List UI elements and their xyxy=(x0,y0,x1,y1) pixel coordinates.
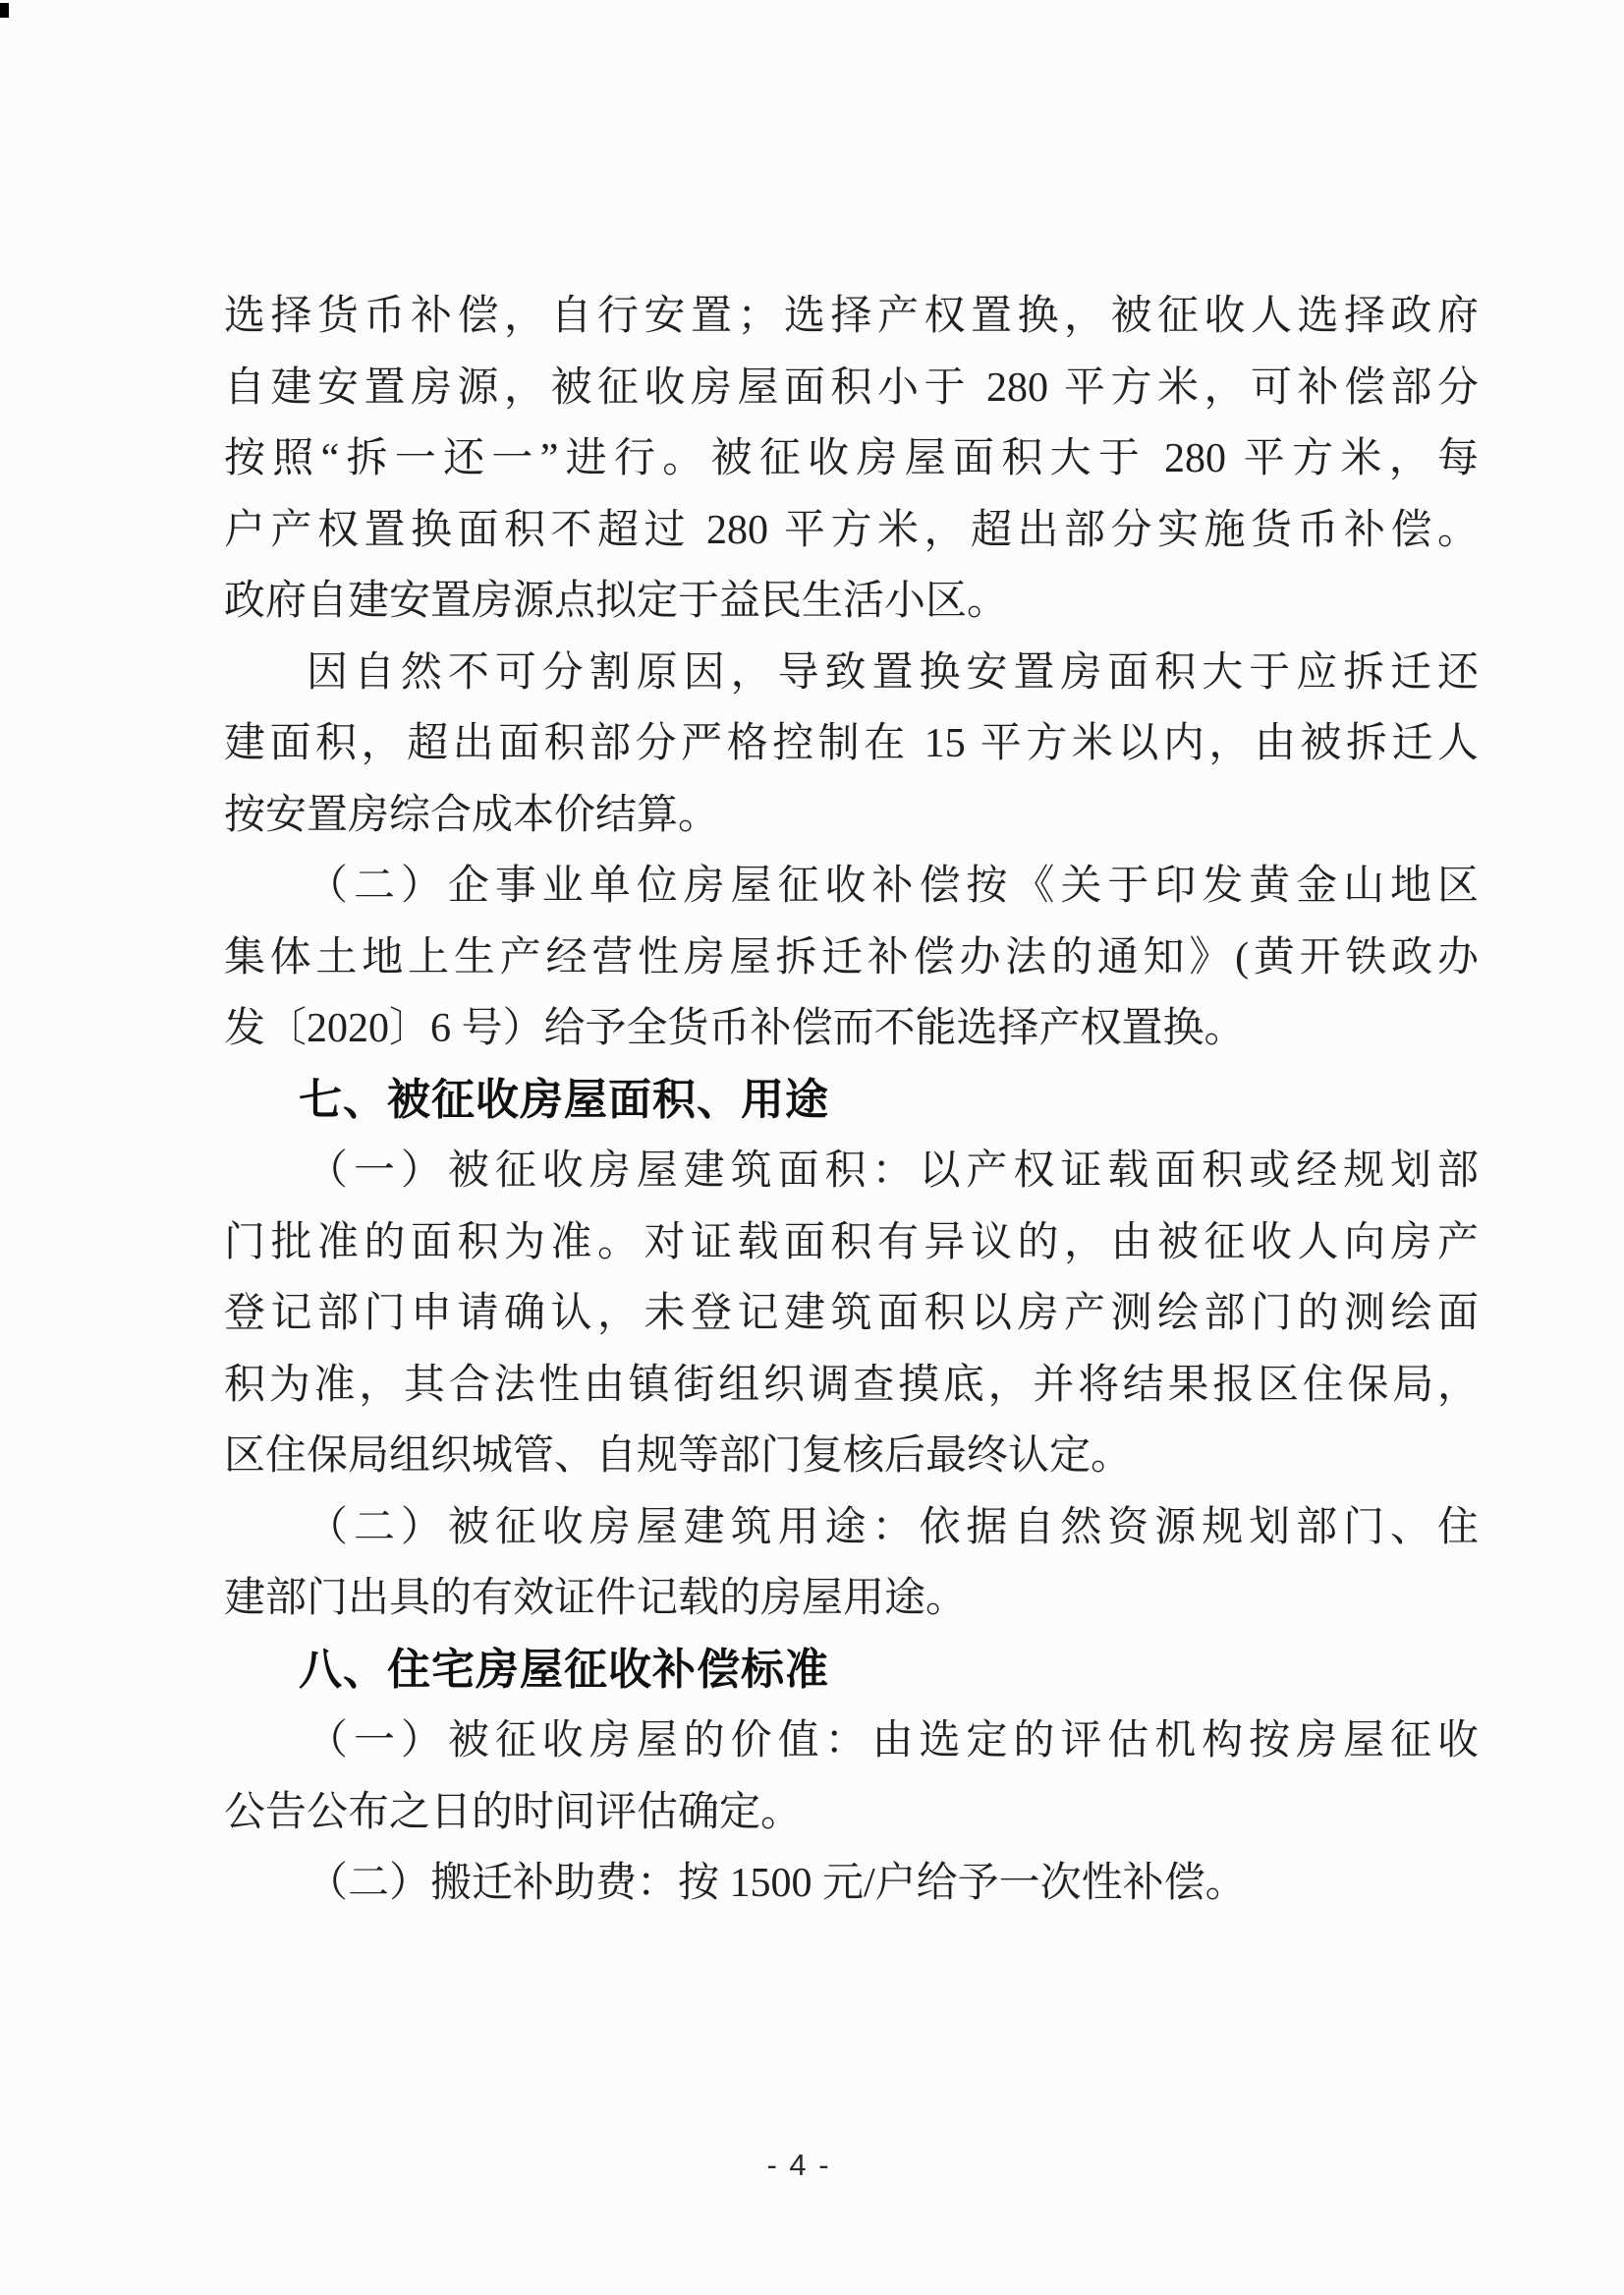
scan-corner-artifact xyxy=(0,3,9,18)
body-text-line: （一）被征收房屋的价值：由选定的评估机构按房屋征收 xyxy=(224,1706,1479,1777)
document-text-block: 选择货币补偿，自行安置；选择产权置换，被征收人选择政府自建安置房源，被征收房屋面… xyxy=(224,281,1479,1920)
body-text-line: 户产权置换面积不超过 280 平方米，超出部分实施货币补偿。 xyxy=(224,495,1479,567)
body-text-line: （二）搬迁补助费：按 1500 元/户给予一次性补偿。 xyxy=(224,1848,1479,1920)
body-text-line: 集体土地上生产经营性房屋拆迁补偿办法的通知》(黄开铁政办 xyxy=(224,923,1479,994)
body-text-line: 建面积，超出面积部分严格控制在 15 平方米以内，由被拆迁人 xyxy=(224,708,1479,780)
scanned-document-page: 选择货币补偿，自行安置；选择产权置换，被征收人选择政府自建安置房源，被征收房屋面… xyxy=(0,0,1624,2295)
section-heading-line: 八、住宅房屋征收补偿标准 xyxy=(224,1635,1479,1707)
body-text-line: 区住保局组织城管、自规等部门复核后最终认定。 xyxy=(224,1421,1479,1492)
body-text-line: 登记部门申请确认，未登记建筑面积以房产测绘部门的测绘面 xyxy=(224,1278,1479,1350)
body-text-line: 选择货币补偿，自行安置；选择产权置换，被征收人选择政府 xyxy=(224,281,1479,353)
body-text-line: 公告公布之日的时间评估确定。 xyxy=(224,1777,1479,1849)
body-text-line: 自建安置房源，被征收房屋面积小于 280 平方米，可补偿部分 xyxy=(224,353,1479,424)
body-text-line: 积为准，其合法性由镇街组织调查摸底，并将结果报区住保局， xyxy=(224,1350,1479,1422)
section-heading-line: 七、被征收房屋面积、用途 xyxy=(224,1065,1479,1137)
body-text-line: 按照“拆一还一”进行。被征收房屋面积大于 280 平方米，每 xyxy=(224,423,1479,495)
body-text-line: 因自然不可分割原因，导致置换安置房面积大于应拆迁还 xyxy=(224,638,1479,709)
page-number: - 4 - xyxy=(766,2148,830,2183)
body-text-line: 按安置房综合成本价结算。 xyxy=(224,780,1479,852)
body-text-line: （二）被征收房屋建筑用途：依据自然资源规划部门、住 xyxy=(224,1492,1479,1564)
body-text-line: （二）企事业单位房屋征收补偿按《关于印发黄金山地区 xyxy=(224,851,1479,923)
body-text-line: 发〔2020〕6 号）给予全货币补偿而不能选择产权置换。 xyxy=(224,993,1479,1065)
body-text-line: 建部门出具的有效证件记载的房屋用途。 xyxy=(224,1563,1479,1635)
body-text-line: 政府自建安置房源点拟定于益民生活小区。 xyxy=(224,566,1479,638)
body-text-line: （一）被征收房屋建筑面积：以产权证载面积或经规划部 xyxy=(224,1136,1479,1207)
body-text-line: 门批准的面积为准。对证载面积有异议的，由被征收人向房产 xyxy=(224,1207,1479,1279)
